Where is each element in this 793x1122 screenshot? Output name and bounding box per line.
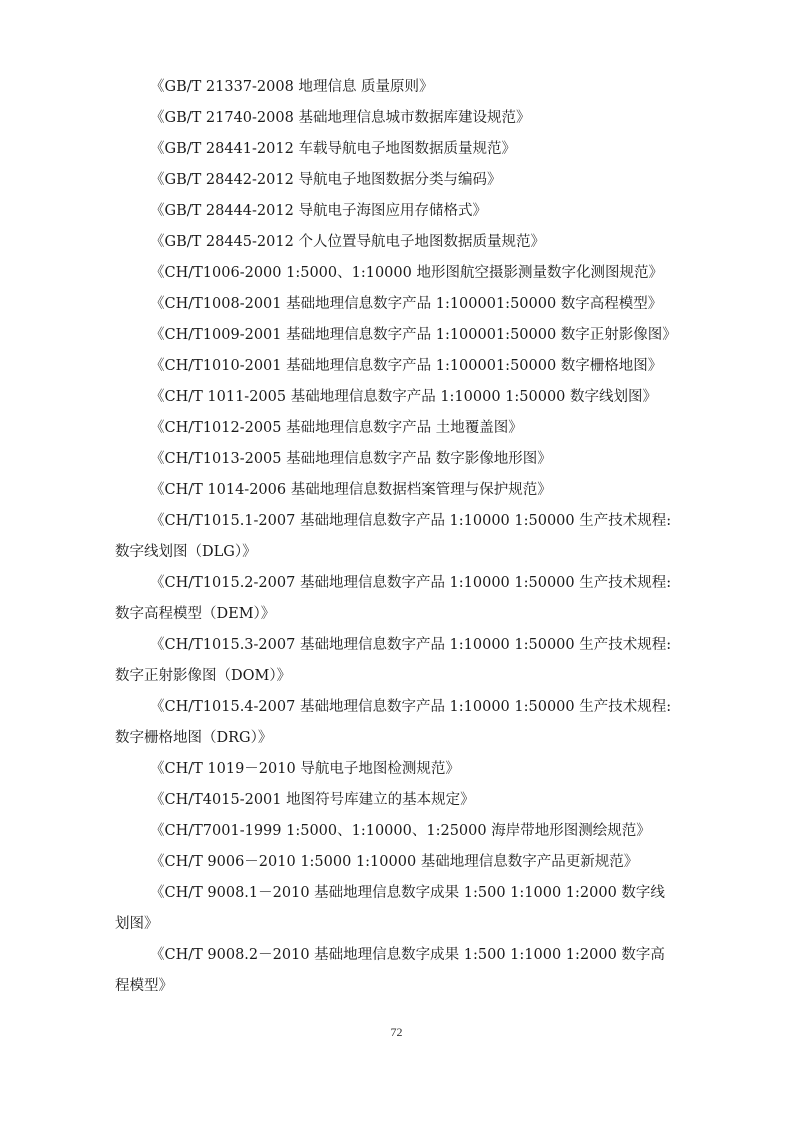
reference-text: 《CH/T1012-2005 基础地理信息数字产品 土地覆盖图》 bbox=[150, 420, 523, 436]
reference-item: 《CH/T1006-2000 1:5000、1:10000 地形图航空摄影测量数… bbox=[115, 258, 680, 289]
reference-text-continuation: 程模型》 bbox=[115, 971, 680, 1002]
reference-item: 《CH/T1013-2005 基础地理信息数字产品 数字影像地形图》 bbox=[115, 444, 680, 475]
reference-item: 《CH/T1008-2001 基础地理信息数字产品 1:100001:50000… bbox=[115, 289, 680, 320]
reference-text: 《GB/T 21337-2008 地理信息 质量原则》 bbox=[150, 79, 434, 95]
reference-item: 《CH/T 9006－2010 1:5000 1:10000 基础地理信息数字产… bbox=[115, 847, 680, 878]
reference-item: 《GB/T 28442-2012 导航电子地图数据分类与编码》 bbox=[115, 165, 680, 196]
reference-text: 《CH/T 9008.2－2010 基础地理信息数字成果 1:500 1:100… bbox=[150, 947, 665, 963]
reference-text: 《CH/T 1019－2010 导航电子地图检测规范》 bbox=[150, 761, 460, 777]
reference-text: 《GB/T 28442-2012 导航电子地图数据分类与编码》 bbox=[150, 172, 501, 188]
reference-item: 《GB/T 21740-2008 基础地理信息城市数据库建设规范》 bbox=[115, 103, 680, 134]
reference-text: 《CH/T1015.2-2007 基础地理信息数字产品 1:10000 1:50… bbox=[150, 575, 671, 591]
reference-text-continuation: 划图》 bbox=[115, 909, 680, 940]
reference-text-continuation: 数字正射影像图（DOM）》 bbox=[115, 661, 680, 692]
reference-item: 《CH/T 1011-2005 基础地理信息数字产品 1:10000 1:500… bbox=[115, 382, 680, 413]
reference-item: 《CH/T4015-2001 地图符号库建立的基本规定》 bbox=[115, 785, 680, 816]
reference-text: 《CH/T1013-2005 基础地理信息数字产品 数字影像地形图》 bbox=[150, 451, 552, 467]
reference-text: 《CH/T 1011-2005 基础地理信息数字产品 1:10000 1:500… bbox=[150, 389, 657, 405]
reference-text: 《CH/T1008-2001 基础地理信息数字产品 1:100001:50000… bbox=[150, 296, 662, 312]
reference-text-continuation: 数字栅格地图（DRG）》 bbox=[115, 723, 680, 754]
reference-text: 《CH/T 1014-2006 基础地理信息数据档案管理与保护规范》 bbox=[150, 482, 552, 498]
reference-item: 《CH/T 1019－2010 导航电子地图检测规范》 bbox=[115, 754, 680, 785]
reference-item: 《CH/T1015.2-2007 基础地理信息数字产品 1:10000 1:50… bbox=[115, 568, 680, 630]
reference-text: 《CH/T7001-1999 1:5000、1:10000、1:25000 海岸… bbox=[150, 823, 651, 839]
document-page: 《GB/T 21337-2008 地理信息 质量原则》 《GB/T 21740-… bbox=[115, 72, 680, 1002]
reference-text-continuation: 数字线划图（DLG）》 bbox=[115, 537, 680, 568]
reference-text: 《CH/T 9008.1－2010 基础地理信息数字成果 1:500 1:100… bbox=[150, 885, 665, 901]
reference-text: 《CH/T1015.1-2007 基础地理信息数字产品 1:10000 1:50… bbox=[150, 513, 671, 529]
reference-text: 《CH/T1009-2001 基础地理信息数字产品 1:100001:50000… bbox=[150, 327, 677, 343]
reference-text: 《CH/T1006-2000 1:5000、1:10000 地形图航空摄影测量数… bbox=[150, 265, 663, 281]
reference-text-continuation: 数字高程模型（DEM）》 bbox=[115, 599, 680, 630]
reference-item: 《CH/T 1014-2006 基础地理信息数据档案管理与保护规范》 bbox=[115, 475, 680, 506]
reference-item: 《CH/T 9008.1－2010 基础地理信息数字成果 1:500 1:100… bbox=[115, 878, 680, 940]
reference-item: 《CH/T7001-1999 1:5000、1:10000、1:25000 海岸… bbox=[115, 816, 680, 847]
reference-item: 《GB/T 21337-2008 地理信息 质量原则》 bbox=[115, 72, 680, 103]
reference-text: 《CH/T1015.4-2007 基础地理信息数字产品 1:10000 1:50… bbox=[150, 699, 671, 715]
reference-item: 《GB/T 28445-2012 个人位置导航电子地图数据质量规范》 bbox=[115, 227, 680, 258]
reference-text: 《GB/T 28441-2012 车载导航电子地图数据质量规范》 bbox=[150, 141, 516, 157]
reference-item: 《CH/T 9008.2－2010 基础地理信息数字成果 1:500 1:100… bbox=[115, 940, 680, 1002]
reference-text: 《GB/T 28445-2012 个人位置导航电子地图数据质量规范》 bbox=[150, 234, 545, 250]
reference-item: 《GB/T 28441-2012 车载导航电子地图数据质量规范》 bbox=[115, 134, 680, 165]
page-number: 72 bbox=[0, 1025, 793, 1040]
reference-item: 《CH/T1015.4-2007 基础地理信息数字产品 1:10000 1:50… bbox=[115, 692, 680, 754]
reference-text: 《CH/T4015-2001 地图符号库建立的基本规定》 bbox=[150, 792, 475, 808]
reference-item: 《CH/T1010-2001 基础地理信息数字产品 1:100001:50000… bbox=[115, 351, 680, 382]
reference-item: 《CH/T1009-2001 基础地理信息数字产品 1:100001:50000… bbox=[115, 320, 680, 351]
reference-item: 《CH/T1015.1-2007 基础地理信息数字产品 1:10000 1:50… bbox=[115, 506, 680, 568]
reference-item: 《CH/T1012-2005 基础地理信息数字产品 土地覆盖图》 bbox=[115, 413, 680, 444]
reference-item: 《GB/T 28444-2012 导航电子海图应用存储格式》 bbox=[115, 196, 680, 227]
reference-text: 《CH/T 9006－2010 1:5000 1:10000 基础地理信息数字产… bbox=[150, 854, 638, 870]
reference-text: 《GB/T 21740-2008 基础地理信息城市数据库建设规范》 bbox=[150, 110, 530, 126]
reference-item: 《CH/T1015.3-2007 基础地理信息数字产品 1:10000 1:50… bbox=[115, 630, 680, 692]
reference-text: 《CH/T1015.3-2007 基础地理信息数字产品 1:10000 1:50… bbox=[150, 637, 671, 653]
reference-text: 《CH/T1010-2001 基础地理信息数字产品 1:100001:50000… bbox=[150, 358, 662, 374]
reference-text: 《GB/T 28444-2012 导航电子海图应用存储格式》 bbox=[150, 203, 487, 219]
